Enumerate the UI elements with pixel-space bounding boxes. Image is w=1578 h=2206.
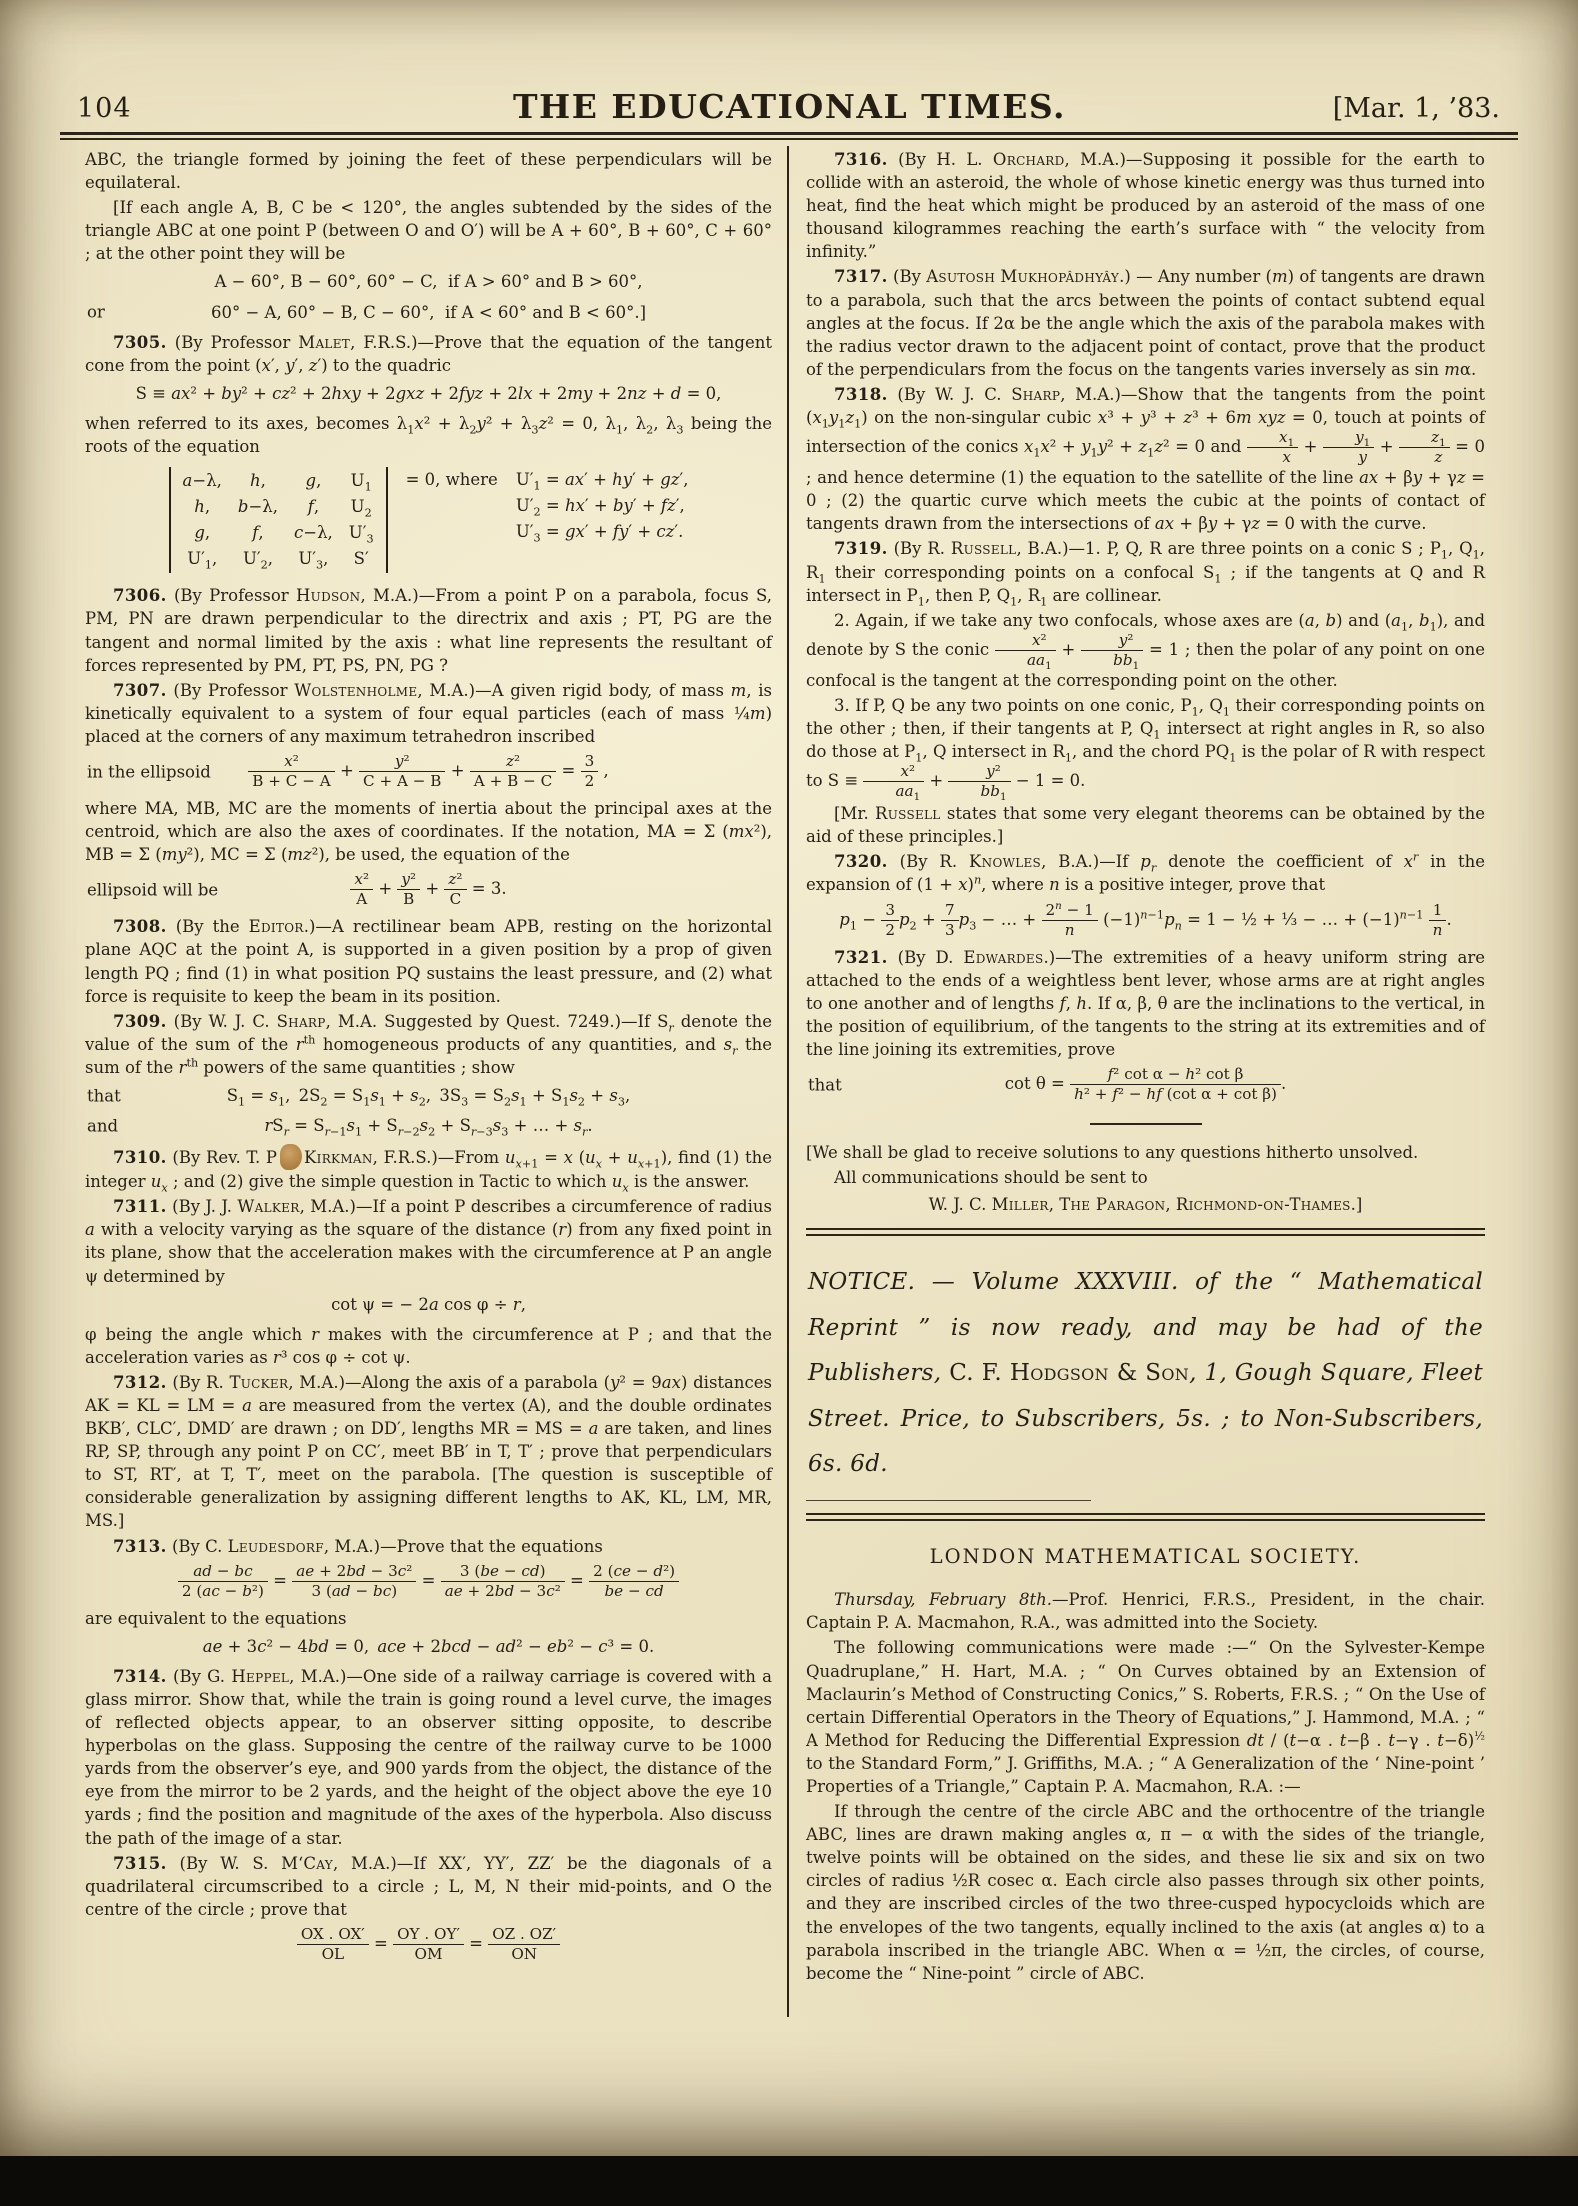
text-span: dt (1247, 1731, 1264, 1750)
text-span: a−λ, (183, 468, 222, 494)
text-span: 3 (969, 919, 976, 932)
text-span: f (1112, 1085, 1118, 1103)
text-span: U2 (349, 494, 374, 520)
text-span: ace (377, 1637, 406, 1656)
text-span: ax (1359, 468, 1378, 487)
small-caps-name: Russell (875, 804, 941, 823)
text-span: p (959, 910, 970, 929)
fraction: y²C + A − B (359, 753, 445, 790)
fraction: 2 (ce − d²)be − cd (589, 1563, 679, 1600)
text-span: ce (614, 1562, 631, 1580)
text-span: z (1434, 448, 1442, 466)
divider-double (806, 1513, 1485, 1521)
text-span: y1 (1323, 429, 1374, 448)
text-span: aa1 (995, 651, 1056, 669)
math-display: ad − bc2 (ac − b²) = ae + 2bd − 3c²3 (ad… (85, 1563, 772, 1600)
text-span: f, (294, 494, 333, 520)
question-number: 7306. (113, 586, 167, 605)
text-span: 1 (1091, 446, 1098, 459)
small-caps-name: Malet (298, 333, 350, 352)
text-span: 1 (1192, 705, 1199, 718)
text-span: s (511, 1086, 519, 1105)
text-span: h (1185, 1065, 1195, 1083)
question-number: 7316. (834, 150, 888, 169)
divider-short (1090, 1123, 1202, 1125)
text-span: d (653, 1562, 663, 1580)
paragraph: 7317. (By Asutosh Mukhopâdhyây.) — Any n… (806, 265, 1485, 380)
text-span: x (161, 1181, 167, 1194)
text-span: x (564, 1148, 573, 1167)
text-span: c (294, 523, 303, 542)
paragraph: The following communications were made :… (806, 1636, 1485, 1798)
text-span: 1 (365, 480, 372, 493)
text-span: n−1 (1400, 908, 1424, 921)
text-span: hy (612, 470, 632, 489)
text-span: gxz (396, 384, 425, 403)
text-span: bd (308, 1637, 329, 1656)
question-number: 7308. (113, 917, 167, 936)
text-span: ON (488, 1945, 560, 1963)
text-span: z1 (1399, 429, 1450, 448)
text-span: B (397, 890, 420, 908)
text-span: OZ . OZ′ (488, 1926, 560, 1945)
fraction: z²C (444, 871, 466, 908)
paragraph: 7320. (By R. Knowles, B.A.)—If pr denote… (806, 850, 1485, 896)
text-span: 1 (1223, 705, 1230, 718)
determinant-equation: a−λ,h,g,U1h,b−λ,f,U2g,f,c−λ,U′3U′1,U′2,U… (85, 467, 772, 573)
text-span: r (513, 1295, 521, 1314)
text-span: bb (1113, 651, 1132, 669)
math-display: thatcot θ = f² cot α − h² cot βh² + f² −… (806, 1066, 1485, 1103)
text-span: b (1419, 611, 1430, 630)
equation-stack: U′1 = ax′ + hy′ + gz′,U′2 = hx′ + by′ + … (516, 467, 689, 545)
text-span: z (1251, 514, 1260, 533)
fraction: 1n (1429, 902, 1447, 939)
paragraph: when referred to its axes, becomes λ1x² … (85, 412, 772, 458)
text-span: r (325, 1125, 330, 1138)
paragraph: 7315. (By W. S. M‘Cay, M.A.)—If XX′, YY′… (85, 1852, 772, 1921)
text-span: 2 (881, 921, 899, 939)
text-span: c−λ, (294, 520, 333, 546)
equation-lead: that (87, 1084, 121, 1107)
text-span: n (1433, 921, 1443, 939)
fraction: f² cot α − h² cot βh² + f² − hf (cot α +… (1070, 1066, 1281, 1103)
text-span: 2 (419, 1095, 426, 1108)
text-span: r (296, 1035, 304, 1054)
text-span: 3 (501, 1125, 508, 1138)
math-display: in the ellipsoidx²B + C − A + y²C + A − … (85, 753, 772, 790)
text-span: be (480, 1562, 499, 1580)
text-span: 1 (205, 559, 212, 572)
text-span: z (1399, 448, 1450, 466)
text-span: hx (565, 496, 585, 515)
text-span: u (505, 1148, 516, 1167)
text-span: r (471, 1125, 476, 1138)
text-span: y (401, 870, 410, 888)
text-span: U′2, (238, 546, 278, 572)
text-span: h (194, 497, 205, 516)
text-span: 1 (1473, 549, 1480, 562)
paragraph: Thursday, February 8th.—Prof. Henrici, F… (806, 1588, 1485, 1634)
text-span: c (257, 1637, 266, 1656)
text-span: r (668, 1021, 673, 1034)
fraction: z²A + B − C (470, 753, 556, 790)
text-span: z (506, 752, 514, 770)
small-caps-name: Hudson (296, 586, 360, 605)
text-span: x+1 (638, 1157, 661, 1170)
text-span: my (162, 845, 187, 864)
text-span: U′2 = hx′ + by′ + fz′, (516, 493, 689, 519)
text-span: y (1141, 408, 1150, 427)
small-caps-name: Walker (237, 1197, 299, 1216)
text-span: ad (193, 1562, 212, 1580)
text-span: u (585, 1148, 596, 1167)
text-span: ad (496, 1637, 516, 1656)
text-span: r (398, 1125, 403, 1138)
text-span: a (429, 1295, 439, 1314)
question-number: 7315. (113, 1854, 167, 1873)
text-span: bb (981, 782, 1000, 800)
text-span: c (598, 1637, 607, 1656)
text-span: a (85, 1220, 95, 1239)
text-span: x (812, 408, 821, 427)
text-span: b−λ, (238, 494, 278, 520)
text-span: 2 (428, 1125, 435, 1138)
notice-paragraph: NOTICE. — Volume XXXVIII. of the “ Mathe… (808, 1260, 1483, 1488)
text-span: x (414, 414, 423, 433)
text-span: 1 (355, 1125, 362, 1138)
paragraph: φ being the angle which r makes with the… (85, 1323, 772, 1369)
text-span: n (1175, 919, 1182, 932)
text-span: my (567, 384, 592, 403)
question-number: 7305. (113, 333, 167, 352)
math-display: thatS1 = s1, 2S2 = S1s1 + s2, 3S3 = S2s1… (85, 1084, 772, 1107)
text-span: 2 (910, 919, 917, 932)
text-span: h (250, 471, 261, 490)
text-span: p (1140, 852, 1151, 871)
text-span: bcd (441, 1637, 471, 1656)
paragraph: where MA, MB, MC are the moments of iner… (85, 797, 772, 866)
text-span: p (839, 910, 850, 929)
math-display: p1 − 32p2 + 73p3 − … + 2n − 1n (−1)n−1pn… (806, 902, 1485, 939)
text-span: a (1305, 611, 1315, 630)
header-rule (60, 132, 1518, 140)
text-span: z (1183, 408, 1192, 427)
fraction: ad − bc2 (ac − b²) (178, 1563, 268, 1600)
text-span: 3 (676, 423, 683, 436)
text-span: 1 (1065, 751, 1072, 764)
text-span: 2 (581, 772, 599, 790)
text-span: u (627, 1148, 638, 1167)
text-span: x² (248, 753, 334, 772)
question-number: 7310. (113, 1148, 167, 1167)
page-header: 104 THE EDUCATIONAL TIMES. [Mar. 1, ’83. (85, 78, 1494, 126)
text-span: 3 (941, 921, 959, 939)
text-span: a (242, 1396, 252, 1415)
text-span: 2 (ac − b²) (178, 1582, 268, 1600)
text-span: 1 (1441, 549, 1448, 562)
text-span: by (221, 384, 241, 403)
text-span: m (1444, 360, 1460, 379)
paragraph: [If each angle A, B, C be < 120°, the an… (85, 196, 772, 265)
text-span: r−3 (471, 1125, 493, 1138)
text-span: y (1081, 437, 1090, 456)
paragraph: 7307. (By Professor Wolstenholme, M.A.)—… (85, 679, 772, 748)
text-span: n (974, 874, 981, 887)
text-span: n (1042, 921, 1098, 939)
text-span: x (596, 1157, 602, 1170)
small-caps-name: Kirkman (304, 1148, 373, 1167)
text-span: t (1437, 1731, 1444, 1750)
text-span: s (724, 1035, 732, 1054)
text-span: aa (895, 782, 913, 800)
section-heading: LONDON MATHEMATICAL SOCIETY. (806, 1543, 1485, 1570)
text-span: y (1358, 448, 1367, 466)
text-span: y (1208, 514, 1217, 533)
text-span: s (346, 1116, 354, 1135)
text-span: s (270, 1086, 278, 1105)
text-span: r (311, 1325, 319, 1344)
text-span: r−1 (325, 1125, 347, 1138)
text-span: 3 (be − cd) (441, 1563, 565, 1582)
text-span: xyz (1258, 408, 1285, 427)
question-number: 7313. (113, 1537, 167, 1556)
question-number: 7318. (834, 385, 888, 404)
fraction: z1z (1399, 429, 1450, 466)
question-number: 7317. (834, 267, 888, 286)
text-span: x1 (1247, 429, 1298, 448)
text-span: be (604, 1582, 623, 1600)
text-span: 3 (461, 1095, 468, 1108)
fraction: OZ . OZ′ON (488, 1926, 560, 1963)
text-span: 1 (533, 479, 540, 492)
text-span: h, (183, 494, 222, 520)
text-span: t (1388, 1731, 1395, 1750)
text-span: ae (445, 1582, 463, 1600)
text-span: U′3 = gx′ + fy′ + cz′. (516, 519, 689, 545)
fraction: 2n − 1n (1042, 902, 1098, 939)
text-span: y (1098, 437, 1107, 456)
text-span: gx (565, 522, 585, 541)
issue-date: [Mar. 1, ’83. (1333, 93, 1500, 124)
paragraph: 7319. (By R. Russell, B.A.)—1. P, Q, R a… (806, 537, 1485, 606)
text-span: U′3 (349, 520, 374, 546)
paragraph: are equivalent to the equations (85, 1607, 772, 1630)
text-span: hf (1146, 1085, 1161, 1103)
text-span: b (238, 497, 249, 516)
small-caps-name: Tucker (229, 1373, 288, 1392)
text-span: bd (495, 1582, 514, 1600)
text-span: x² (350, 871, 373, 890)
text-span: fyz (459, 384, 483, 403)
text-span: 2 (320, 1095, 327, 1108)
fraction: x²A (350, 871, 373, 908)
math-display: andrSr = Sr−1s1 + Sr−2s2 + Sr−3s3 + … + … (85, 1114, 772, 1137)
text-span: y (1119, 631, 1128, 649)
text-span: r (1151, 862, 1156, 875)
text-span: z (448, 870, 456, 888)
text-span: x (1279, 428, 1288, 446)
text-span: z (1431, 428, 1439, 446)
fraction: y1y (1323, 429, 1374, 466)
text-span: 3 (531, 423, 538, 436)
text-span: x (1024, 437, 1033, 456)
paragraph: 7308. (By the Editor.)—A rectilinear bea… (85, 915, 772, 1007)
text-span: c (546, 1582, 555, 1600)
small-caps-name: Richmond-on-Thames (1176, 1195, 1351, 1214)
question-number: 7307. (113, 681, 167, 700)
text-span: C + A − B (359, 772, 445, 790)
text-span: 3 (881, 902, 899, 921)
question-number: 7314. (113, 1667, 167, 1686)
text-span: 2 (578, 1095, 585, 1108)
question-number: 7309. (113, 1012, 167, 1031)
text-span: ae + 2bd − 3c² (292, 1563, 416, 1582)
text-span: mx (729, 822, 754, 841)
text-span: g (194, 523, 205, 542)
text-span: s (574, 1116, 582, 1135)
text-span: g (306, 471, 317, 490)
text-span: r (732, 1044, 737, 1057)
text-span: x (262, 356, 271, 375)
text-span: m (731, 681, 747, 700)
text-span: n (1055, 899, 1062, 911)
text-span: lx (518, 384, 533, 403)
text-columns: ABC, the triangle formed by joining the … (85, 146, 1485, 2017)
text-span: f² cot α − h² cot β (1070, 1066, 1281, 1085)
text-span: r−2 (398, 1125, 420, 1138)
text-span: C (444, 890, 466, 908)
text-span: OY . OY′ (393, 1926, 464, 1945)
text-span: a (589, 1419, 599, 1438)
text-span: 1 (918, 595, 925, 608)
text-span: 2 (261, 559, 268, 572)
text-span: x+1 (516, 1157, 539, 1170)
fraction: 3 (be − cd)ae + 2bd − 3c² (441, 1563, 565, 1600)
question-number: 7312. (113, 1373, 167, 1392)
fraction: OY . OY′OM (393, 1926, 464, 1963)
text-span: m (1272, 267, 1288, 286)
text-span: ac (202, 1582, 220, 1600)
text-span: 1 (854, 417, 861, 430)
text-span: u (151, 1172, 162, 1191)
text-span: t (1289, 1731, 1296, 1750)
text-span: fy (613, 522, 628, 541)
text-span: y² (397, 871, 420, 890)
text-span: r (1413, 851, 1418, 864)
fraction: y²B (397, 871, 420, 908)
text-span: x (638, 1157, 644, 1170)
text-span: 2 (ce − d²) (589, 1563, 679, 1582)
text-span: 1 (379, 1095, 386, 1108)
text-span: x (516, 1157, 522, 1170)
text-span: z² (444, 871, 466, 890)
fraction: 32 (581, 753, 599, 790)
equation-lead: or (87, 301, 105, 324)
text-span: OM (393, 1945, 464, 1963)
text-span: r (582, 1125, 587, 1138)
text-span: 2 (504, 1095, 511, 1108)
text-span: = 0, where (406, 467, 498, 493)
text-span: 3 (533, 532, 540, 545)
text-span: n (1175, 919, 1182, 932)
equation-lead: that (808, 1073, 842, 1096)
text-span: Thursday, February 8th. (834, 1590, 1052, 1609)
question-number: 7311. (113, 1197, 167, 1216)
text-span: s (569, 1086, 577, 1105)
small-caps-name: Russell (951, 539, 1017, 558)
paragraph: 7321. (By D. Edwardes.)—The extremities … (806, 946, 1485, 1061)
small-caps-name: Mukhopâdhyây (1000, 267, 1119, 286)
text-span: cz (656, 522, 674, 541)
text-span: h (1074, 1085, 1084, 1103)
paragraph: 7306. (By Professor Hudson, M.A.)—From a… (85, 584, 772, 676)
fraction: x²aa1 (863, 763, 924, 800)
text-span: x (1040, 437, 1049, 456)
text-span: by (613, 496, 633, 515)
text-span: f (1108, 1065, 1114, 1083)
text-span: r (273, 1348, 281, 1367)
text-span: OL (297, 1945, 369, 1963)
question-number: 7321. (834, 948, 888, 967)
text-span: ax (171, 384, 190, 403)
text-span: 1 (1229, 751, 1236, 764)
text-span: y² (948, 763, 1010, 782)
divider-thin (806, 1500, 1091, 1501)
text-span: 1 (818, 572, 825, 585)
text-span: s (493, 1116, 501, 1135)
text-span: m (1236, 408, 1252, 427)
text-span: bb1 (948, 782, 1010, 800)
small-caps-name: Sharp (1011, 385, 1060, 404)
text-span: bc (234, 1562, 252, 1580)
fraction: 73 (941, 902, 959, 939)
text-span: y (1323, 448, 1374, 466)
page-title: THE EDUCATIONAL TIMES. (85, 87, 1494, 126)
text-span: y (476, 414, 485, 433)
text-span: b (1326, 611, 1337, 630)
text-span: z (309, 356, 318, 375)
text-span: ax (662, 1373, 681, 1392)
text-span: z (539, 414, 548, 433)
small-caps-name: Editor (249, 917, 304, 936)
small-caps-name: Edwardes (963, 948, 1043, 967)
text-span: 1 (1430, 620, 1437, 633)
paragraph: 7305. (By Professor Malet, F.R.S.)—Prove… (85, 331, 772, 377)
paragraph: 7314. (By G. Heppel, M.A.)—One side of a… (85, 1665, 772, 1850)
equation-lead: ellipsoid will be (87, 878, 218, 901)
text-span: u (612, 1172, 623, 1191)
small-caps-name: Sharp (277, 1012, 326, 1031)
small-caps-name: Knowles (969, 852, 1041, 871)
text-span: h, (238, 468, 278, 494)
text-span: 1 (1045, 660, 1052, 672)
text-span: z (1154, 437, 1163, 456)
text-span: eb (547, 1637, 567, 1656)
scanned-page: 104 THE EDUCATIONAL TIMES. [Mar. 1, ’83.… (0, 0, 1578, 2206)
paragraph: 7313. (By C. Leudesdorf, M.A.)—Prove tha… (85, 1535, 772, 1558)
text-span: x (1282, 448, 1291, 466)
math-display: A − 60°, B − 60°, 60° − C, if A > 60° an… (85, 270, 772, 293)
fraction: y²bb1 (948, 763, 1010, 800)
math-display: OX . OX′OL = OY . OY′OM = OZ . OZ′ON (85, 1926, 772, 1963)
text-span: r (264, 1116, 272, 1135)
text-span: f (252, 523, 258, 542)
text-span: U1 (349, 468, 374, 494)
paragraph: All communications should be sent to (806, 1166, 1485, 1189)
text-span: a (183, 471, 193, 490)
small-caps-name: Wolstenholme (294, 681, 417, 700)
